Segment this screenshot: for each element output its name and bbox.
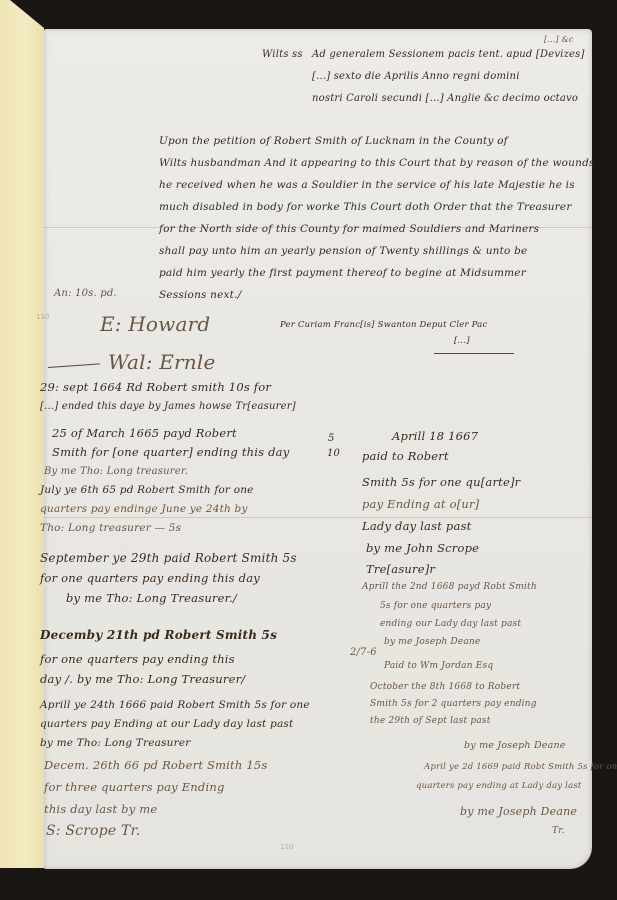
receipt-7-line-4: S: Scrope Tr. [46,822,141,841]
right-receipt-1-line-1: Aprill 18 1667 [392,427,478,446]
receipt-7-line-1: Decem. 26th 66 pd Robert Smith 15s [44,756,267,775]
receipt-2-line-2: Smith for [one quarter] ending this day [52,443,289,462]
receipt-7-line-2: for three quarters pay Ending [44,778,225,797]
order-line-5: for the North side of this County for ma… [159,220,539,238]
right-receipt-1-line-7: Tre[asure]r [366,560,435,579]
right-receipt-3-line-2: October the 8th 1668 to Robert [370,682,520,692]
heading-line-3: nostri Caroli secundi [...] Anglie &c de… [312,90,578,107]
signature-ernle: Wal: Ernle [108,350,216,374]
heading-interlineation: [...] &c [544,35,574,44]
right-receipt-1-line-4: pay Ending at o[ur] [362,495,479,514]
order-line-6: shall pay unto him an yearly pension of … [159,242,527,260]
folio-number: 110 [280,843,293,851]
right-receipt-1-line-3: Smith 5s for one qu[arte]r [362,473,520,492]
receipt-4-line-3: by me Tho: Long Treasurer./ [66,589,237,608]
marginal-figure: 2/7-6 [350,647,377,658]
receipt-3-line-3: Tho: Long treasurer — 5s [40,519,181,538]
signature-flourish [48,363,100,368]
receipt-1-line-2: [...] ended this daye by James howse Tr[… [40,397,296,416]
receipt-4-line-2: for one quarters pay ending this day [40,569,260,588]
receipt-6-line-1: Aprill ye 24th 1666 paid Robert Smith 5s… [40,696,310,715]
order-line-2: Wilts husbandman And it appearing to thi… [159,154,595,172]
heading-line-2: [...] sexto die Aprilis Anno regni domin… [312,68,520,85]
right-receipt-1-line-6: by me John Scrope [366,539,479,558]
receipt-2-line-1: 25 of March 1665 payd Robert [52,424,237,443]
heading-line-1: Ad generalem Sessionem pacis tent. apud … [312,46,585,63]
receipt-4-line-1: September ye 29th paid Robert Smith 5s [40,549,297,568]
receipt-1-line-1: 29: sept 1664 Rd Robert smith 10s for [40,378,271,397]
right-receipt-5-line-1: April ye 2d 1669 paid Robt Smith 5s for … [424,762,617,772]
right-receipt-2-line-1: Aprill the 2nd 1668 payd Robt Smith [362,582,537,592]
heading-margin-label: Wilts ss [262,46,303,63]
receipt-6-line-2: quarters pay Ending at our Lady day last… [40,715,293,734]
clerk-underline [434,353,514,354]
order-line-7: paid him yearly the first payment thereo… [159,264,526,282]
right-receipt-2-line-4: by me Joseph Deane [384,637,480,647]
marginal-figure: 5 [328,433,335,444]
order-line-8: Sessions next./ [159,286,241,304]
order-line-1: Upon the petition of Robert Smith of Luc… [159,132,508,150]
right-receipt-5-line-2: quarters pay ending at Lady day last [416,781,582,791]
binding-corner [10,0,44,28]
right-receipt-3-line-4: the 29th of Sept last past [370,716,491,726]
receipt-5-line-3: day /. by me Tho: Long Treasurer/ [40,670,245,689]
binding-strip [0,0,44,868]
right-receipt-5-line-3: by me Joseph Deane [460,805,577,818]
receipt-6-line-3: by me Tho: Long Treasurer [40,734,190,753]
order-margin-note: An: 10s. pd. [54,288,117,299]
order-line-3: he received when he was a Souldier in th… [159,176,575,194]
clerk-attestation-line-2: [...] [454,336,470,346]
right-receipt-3-line-3: Smith 5s for 2 quarters pay ending [370,699,537,709]
receipt-2-line-3: By me Tho: Long treasurer. [44,462,188,481]
receipt-3-line-1: July ye 6th 65 pd Robert Smith for one [40,481,254,500]
right-receipt-1-line-2: paid to Robert [362,447,449,466]
clerk-attestation-line-1: Per Curiam Franc[is] Swanton Deput Cler … [280,320,487,330]
right-receipt-3-line-1: Paid to Wm Jordan Esq [384,661,493,671]
receipt-5-line-1: Decemby 21th pd Robert Smith 5s [40,626,277,645]
receipt-5-line-2: for one quarters pay ending this [40,650,235,669]
folio-number: 110 [36,313,49,321]
receipt-3-line-2: quarters pay endinge June ye 24th by [40,500,248,519]
right-receipt-1-line-5: Lady day last past [362,517,471,536]
right-receipt-5-line-4: Tr. [552,826,565,836]
signature-howard: E: Howard [100,312,210,336]
right-receipt-4-signature: by me Joseph Deane [464,740,566,751]
right-receipt-2-line-2: 5s for one quarters pay [380,601,491,611]
right-receipt-2-line-3: ending our Lady day last past [380,619,521,629]
manuscript-page: Wilts ss [...] &c Ad generalem Sessionem… [44,29,592,869]
receipt-7-line-3: this day last by me [44,800,157,819]
order-line-4: much disabled in body for worke This Cou… [159,198,572,216]
marginal-figure: 10 [327,448,340,459]
